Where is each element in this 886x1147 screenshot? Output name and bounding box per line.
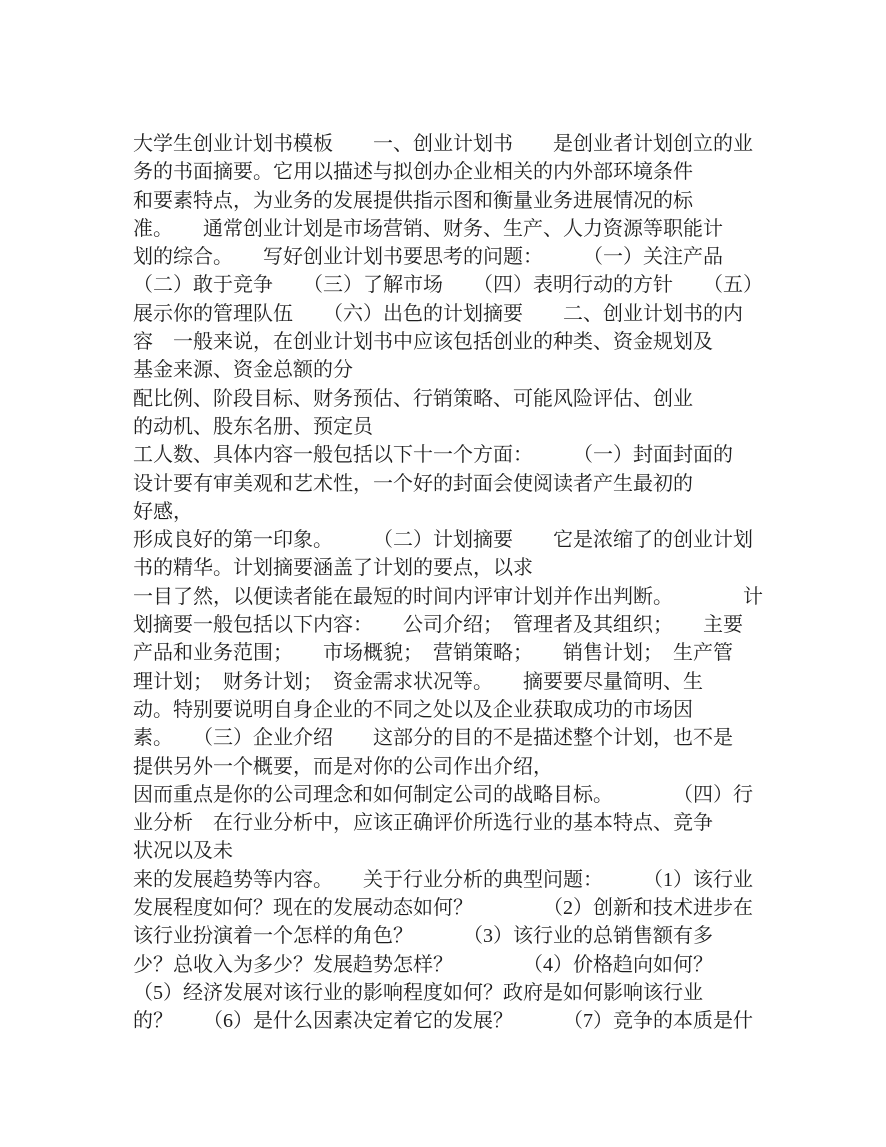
text-line: 理计划； 财务计划； 资金需求状况等。 摘要要尽量简明、生 (133, 668, 853, 696)
text-line: 好感， (133, 498, 853, 526)
text-line: （二）敢于竞争 （三）了解市场 （四）表明行动的方针 （五） (133, 271, 853, 299)
text-line: 产品和业务范围； 市场概貌； 营销策略； 销售计划； 生产管 (133, 639, 853, 667)
text-line: 容 一般来说，在创业计划书中应该包括创业的种类、资金规划及 (133, 328, 853, 356)
text-line: 业分析 在行业分析中，应该正确评价所选行业的基本特点、竞争 (133, 809, 853, 837)
document-title-line: 大学生创业计划书模板 一、创业计划书 是创业者计划创立的业 (133, 130, 853, 158)
text-line: 和要素特点，为业务的发展提供指示图和衡量业务进展情况的标 (133, 187, 853, 215)
text-line: 配比例、阶段目标、财务预估、行销策略、可能风险评估、创业 (133, 385, 853, 413)
text-line: 划摘要一般包括以下内容： 公司介绍； 管理者及其组织； 主要 (133, 611, 853, 639)
document-page: 大学生创业计划书模板 一、创业计划书 是创业者计划创立的业务的书面摘要。它用以描… (0, 0, 886, 1147)
text-line: 素。 （三）企业介绍 这部分的目的不是描述整个计划，也不是 (133, 724, 853, 752)
document-text-block: 大学生创业计划书模板 一、创业计划书 是创业者计划创立的业务的书面摘要。它用以描… (133, 130, 853, 1036)
text-line: 准。 通常创业计划是市场营销、财务、生产、人力资源等职能计 (133, 215, 853, 243)
text-line: 因而重点是你的公司理念和如何制定公司的战略目标。 （四）行 (133, 781, 853, 809)
text-line: 展示你的管理队伍 （六）出色的计划摘要 二、创业计划书的内 (133, 300, 853, 328)
text-line: 状况以及未 (133, 837, 853, 865)
text-line: 一目了然，以便读者能在最短的时间内评审计划并作出判断。 计 (133, 583, 853, 611)
text-line: 设计要有审美观和艺术性，一个好的封面会使阅读者产生最初的 (133, 470, 853, 498)
text-line: 划的综合。 写好创业计划书要思考的问题： （一）关注产品 (133, 243, 853, 271)
text-line: 发展程度如何？现在的发展动态如何？ （2）创新和技术进步在 (133, 894, 853, 922)
text-line: 形成良好的第一印象。 （二）计划摘要 它是浓缩了的创业计划 (133, 526, 853, 554)
text-line: 提供另外一个概要，而是对你的公司作出介绍， (133, 753, 853, 781)
text-line: 的动机、股东名册、预定员 (133, 413, 853, 441)
text-line: 动。特别要说明自身企业的不同之处以及企业获取成功的市场因 (133, 696, 853, 724)
text-line: 基金来源、资金总额的分 (133, 356, 853, 384)
text-line: 书的精华。计划摘要涵盖了计划的要点，以求 (133, 554, 853, 582)
text-line: （5）经济发展对该行业的影响程度如何？政府是如何影响该行业 (133, 979, 853, 1007)
text-line: 的？ （6）是什么因素决定着它的发展？ （7）竞争的本质是什 (133, 1007, 853, 1035)
text-line: 工人数、具体内容一般包括以下十一个方面： （一）封面封面的 (133, 441, 853, 469)
text-line: 务的书面摘要。它用以描述与拟创办企业相关的内外部环境条件 (133, 158, 853, 186)
text-line: 少？总收入为多少？发展趋势怎样？ （4）价格趋向如何？ (133, 951, 853, 979)
text-line: 该行业扮演着一个怎样的角色？ （3）该行业的总销售额有多 (133, 922, 853, 950)
text-line: 来的发展趋势等内容。 关于行业分析的典型问题： （1）该行业 (133, 866, 853, 894)
